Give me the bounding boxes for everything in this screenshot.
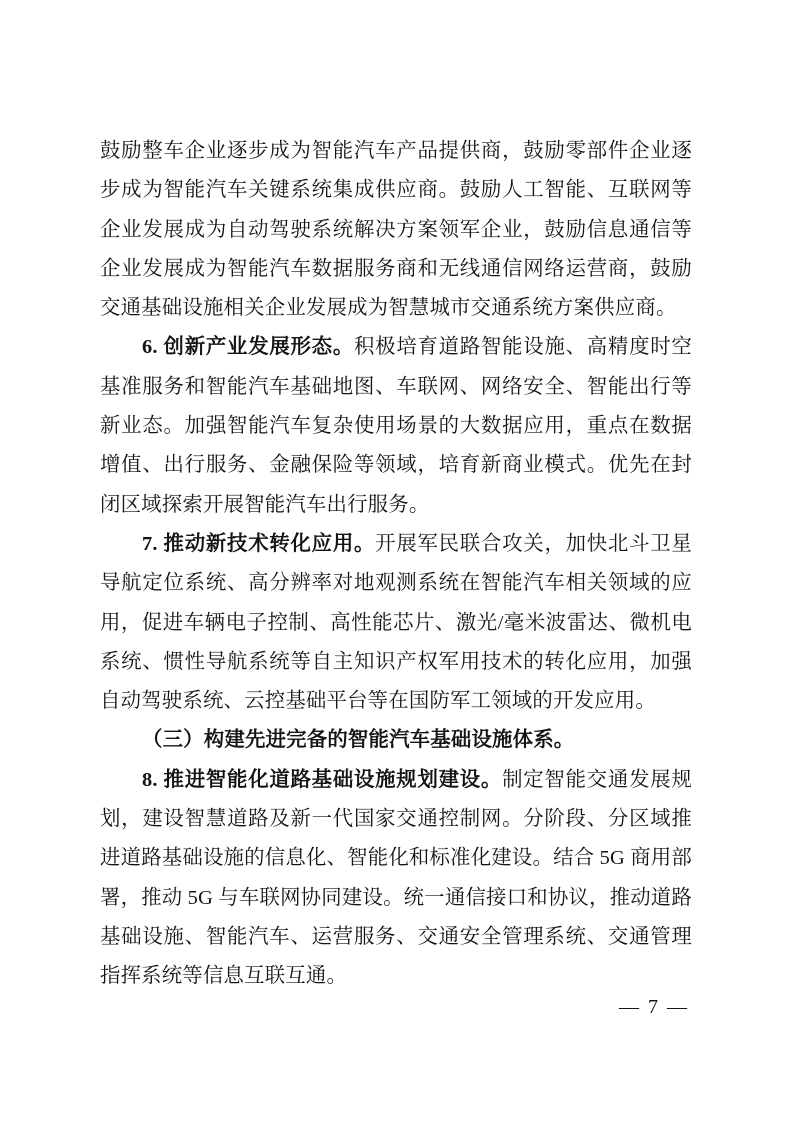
paragraph: 鼓励整车企业逐步成为智能汽车产品提供商，鼓励零部件企业逐步成为智能汽车关键系统集… bbox=[100, 132, 692, 328]
heading-run: 6. 创新产业发展形态。 bbox=[142, 336, 354, 358]
text-run: 开展军民联合攻关，加快北斗卫星导航定位系统、高分辨率对地观测系统在智能汽车相关领… bbox=[100, 533, 692, 712]
paragraph: 7. 推动新技术转化应用。开展军民联合攻关，加快北斗卫星导航定位系统、高分辨率对… bbox=[100, 525, 692, 721]
page-number: — 7 — bbox=[619, 996, 689, 1018]
document-page: 鼓励整车企业逐步成为智能汽车产品提供商，鼓励零部件企业逐步成为智能汽车关键系统集… bbox=[0, 0, 793, 1122]
page-footer: — 7 — bbox=[619, 993, 689, 1021]
paragraph: 6. 创新产业发展形态。积极培育道路智能设施、高精度时空基准服务和智能汽车基础地… bbox=[100, 328, 692, 524]
heading-run: （三）构建先进完备的智能汽车基础设施体系。 bbox=[142, 729, 574, 751]
text-run: 鼓励整车企业逐步成为智能汽车产品提供商，鼓励零部件企业逐步成为智能汽车关键系统集… bbox=[100, 140, 692, 319]
paragraph: 8. 推进智能化道路基础设施规划建设。制定智能交通发展规划，建设智慧道路及新一代… bbox=[100, 761, 692, 997]
text-run: 制定智能交通发展规划，建设智慧道路及新一代国家交通控制网。分阶段、分区域推进道路… bbox=[100, 769, 692, 987]
document-body: 鼓励整车企业逐步成为智能汽车产品提供商，鼓励零部件企业逐步成为智能汽车关键系统集… bbox=[100, 132, 692, 997]
paragraph: （三）构建先进完备的智能汽车基础设施体系。 bbox=[100, 721, 692, 760]
heading-run: 7. 推动新技术转化应用。 bbox=[142, 533, 375, 555]
heading-run: 8. 推进智能化道路基础设施规划建设。 bbox=[142, 769, 502, 791]
text-run: 积极培育道路智能设施、高精度时空基准服务和智能汽车基础地图、车联网、网络安全、智… bbox=[100, 336, 692, 515]
